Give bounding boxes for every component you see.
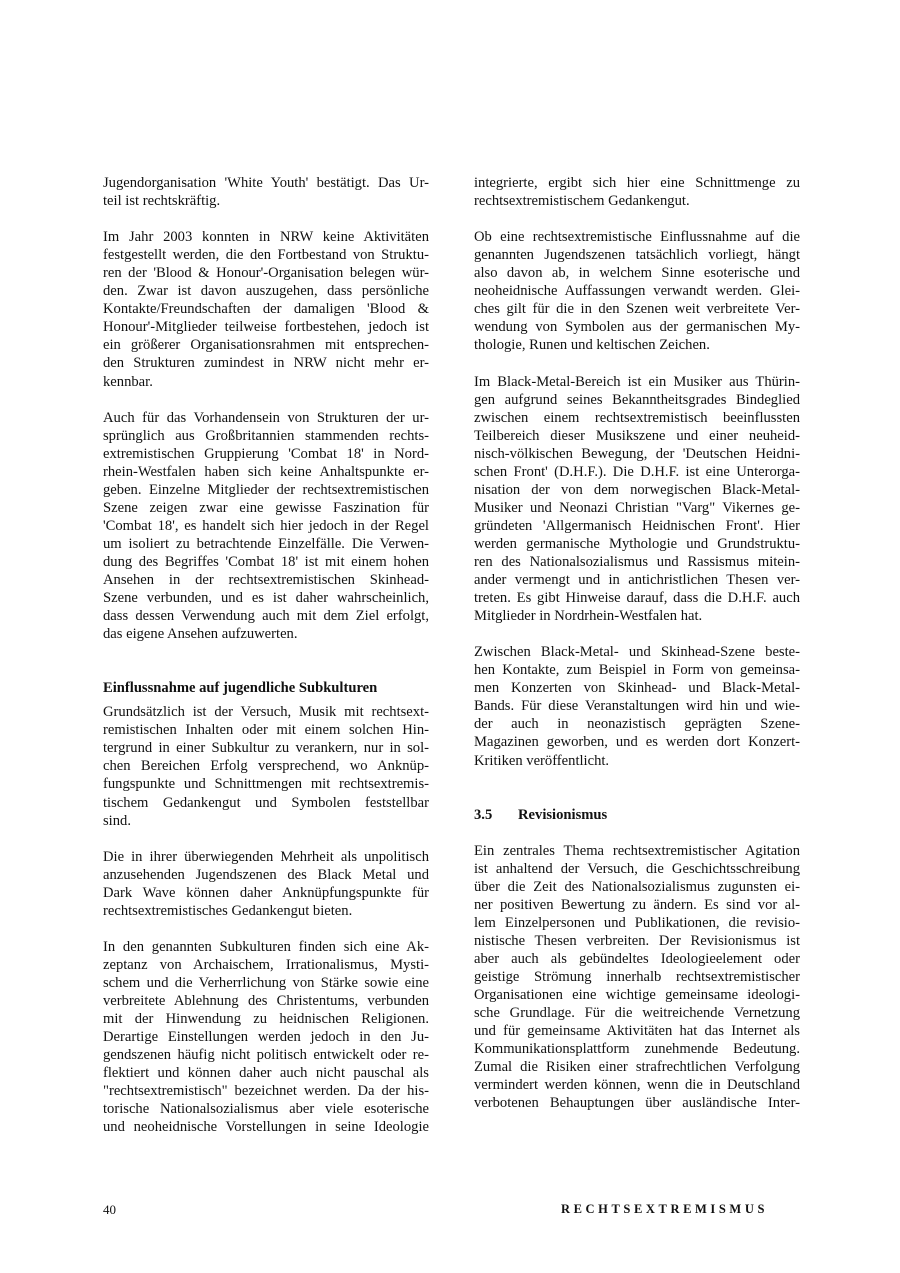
text-line: torische Nationalsozialismus aber viele … [103,1100,429,1118]
text-line: den Strukturen zumindest in NRW nicht me… [103,354,429,372]
text-line: gen aufgrund seines Bekanntheitsgrades B… [474,391,800,409]
paragraph: Ob eine rechtsextremistische Einflussnah… [474,228,800,354]
text-line: Szene verbunden, und es ist daher wahrsc… [103,589,429,607]
text-line: Organisationen eine wichtige gemeinsame … [474,986,800,1004]
text-line: dass dessen Verwendung auch mit dem Ziel… [103,607,429,625]
text-line: Magazinen geworben, und es werden dort K… [474,733,800,751]
text-line: nistische Thesen verbreiten. Der Revisio… [474,932,800,950]
text-line: Honour'-Mitglieder teilweise fortbestehe… [103,318,429,336]
paragraph: In den genannten Subkulturen finden sich… [103,938,429,1137]
paragraph: Auch für das Vorhandensein von Strukture… [103,409,429,644]
text-line: ein größerer Organisationsrahmen mit ent… [103,336,429,354]
subsection-heading: Einflussnahme auf jugendliche Subkulture… [103,679,429,697]
text-line: ist anhaltend der Versuch, die Geschicht… [474,860,800,878]
text-line: extremistischen Gruppierung 'Combat 18' … [103,445,429,463]
text-line: men Konzerten von Skinhead- und Black-Me… [474,679,800,697]
text-line: also davon ab, in welchem Sinne esoteris… [474,264,800,282]
text-line: Musiker und Neonazi Christian "Varg" Vik… [474,499,800,517]
right-column: integrierte, ergibt sich hier eine Schni… [474,174,800,1112]
text-line: Kritiken veröffentlicht. [474,752,800,770]
paragraph: integrierte, ergibt sich hier eine Schni… [474,174,800,210]
text-line: neoheidnische Auffassungen verwandt werd… [474,282,800,300]
text-line: Zwischen Black-Metal- und Skinhead-Szene… [474,643,800,661]
text-line: schen Front' (D.H.F.). Die D.H.F. ist ei… [474,463,800,481]
text-line: wendung von Symbolen aus der germanische… [474,318,800,336]
page-number: 40 [103,1202,116,1218]
text-line: ren des Nationalsozialismus und Rassismu… [474,553,800,571]
text-line: und für gemeinsame Aktivitäten hat das I… [474,1022,800,1040]
text-line: nisch-völkischen Bewegung, der 'Deutsche… [474,445,800,463]
text-line: Ob eine rechtsextremistische Einflussnah… [474,228,800,246]
text-line: das eigene Ansehen aufzuwerten. [103,625,429,643]
text-line: rechtsextremistisches Gedankengut bieten… [103,902,429,920]
text-line: In den genannten Subkulturen finden sich… [103,938,429,956]
document-page: Jugendorganisation 'White Youth' bestäti… [0,0,900,1273]
paragraph: Im Jahr 2003 konnten in NRW keine Aktivi… [103,228,429,390]
text-line: verbreitete Ablehnung des Christentums, … [103,992,429,1010]
text-line: teil ist rechtskräftig. [103,192,429,210]
text-line: Kommunikationsplattform zunehmende Bedeu… [474,1040,800,1058]
text-line: Bands. Für diese Veranstaltungen wird hi… [474,697,800,715]
text-line: integrierte, ergibt sich hier eine Schni… [474,174,800,192]
text-line: "rechtsextremistisch" bezeichnet werden.… [103,1082,429,1100]
text-line: tergrund in einer Subkultur zu verankern… [103,739,429,757]
section-title: Revisionismus [518,807,607,823]
text-line: lem Einzelpersonen und Publikationen, di… [474,914,800,932]
text-line: Ein zentrales Thema rechtsextremistische… [474,842,800,860]
text-line: ches gilt für die in den Szenen weit ver… [474,300,800,318]
text-line: Mitglieder in Nordrhein-Westfalen hat. [474,607,800,625]
text-line: chen Bereichen Erfolg versprechend, wo A… [103,757,429,775]
paragraph: Im Black-Metal-Bereich ist ein Musiker a… [474,373,800,626]
text-line: geistige Strömung innerhalb rechtsextrem… [474,968,800,986]
text-line: vermindert werden können, wenn die in De… [474,1076,800,1094]
paragraph: Zwischen Black-Metal- und Skinhead-Szene… [474,643,800,769]
text-line: Zumal die Risiken einer strafrechtlichen… [474,1058,800,1076]
text-line: flektiert und können daher auch nicht pa… [103,1064,429,1082]
text-line: hen Kontakte, zum Beispiel in Form von g… [474,661,800,679]
paragraph: Jugendorganisation 'White Youth' bestäti… [103,174,429,210]
text-line: ner positiven Bewertung zu ändern. Es si… [474,896,800,914]
text-line: sprünglich aus Großbritannien stammenden… [103,427,429,445]
text-line: thologie, Runen und keltischen Zeichen. [474,336,800,354]
running-title: RECHTSEXTREMISMUS [561,1202,768,1217]
text-line: gründeten 'Allgermanisch Heidnischen Fro… [474,517,800,535]
text-line: Derartige Einstellungen werden jedoch in… [103,1028,429,1046]
text-line: Szene zeigen zwar eine gewisse Faszinati… [103,499,429,517]
text-line: treten. Es gibt Hinweise darauf, dass di… [474,589,800,607]
text-line: Grundsätzlich ist der Versuch, Musik mit… [103,703,429,721]
text-line: Auch für das Vorhandensein von Strukture… [103,409,429,427]
text-line: 'Combat 18', es handelt sich hier jedoch… [103,517,429,535]
text-line: Kontakte/Freundschaften der damaligen 'B… [103,300,429,318]
text-line: remistischen Inhalten oder mit einem sol… [103,721,429,739]
text-line: zeptanz von Archaischem, Irrationalismus… [103,956,429,974]
text-line: den. Zwar ist davon auszugehen, dass per… [103,282,429,300]
left-column: Jugendorganisation 'White Youth' bestäti… [103,174,429,1136]
text-line: Im Black-Metal-Bereich ist ein Musiker a… [474,373,800,391]
text-line: schem und die Verherrlichung von Stärke … [103,974,429,992]
text-line: Im Jahr 2003 konnten in NRW keine Aktivi… [103,228,429,246]
text-line: ren der 'Blood & Honour'-Organisation be… [103,264,429,282]
text-line: rhein-Westfalen haben sich keine Anhalts… [103,463,429,481]
text-line: kennbar. [103,373,429,391]
text-line: Die in ihrer überwiegenden Mehrheit als … [103,848,429,866]
text-line: dung des Begriffes 'Combat 18' ist mit e… [103,553,429,571]
text-line: rechtsextremistischem Gedankengut. [474,192,800,210]
text-line: werden germanische Mythologie und Grunds… [474,535,800,553]
section-number: 3.5 [474,806,518,824]
text-line: um isoliert zu betrachtende Einzelfälle.… [103,535,429,553]
text-line: sche Grundlage. Für die weitreichende Ve… [474,1004,800,1022]
text-line: tischem Gedankengut und Symbolen festste… [103,794,429,812]
paragraph: Ein zentrales Thema rechtsextremistische… [474,842,800,1113]
text-line: verbotenen Behauptungen über ausländisch… [474,1094,800,1112]
text-line: zwischen einem rechtsextremistisch beein… [474,409,800,427]
section-heading: 3.5Revisionismus [474,806,800,824]
text-line: anzusehenden Jugendszenen des Black Meta… [103,866,429,884]
text-line: geben. Einzelne Mitglieder der rechtsext… [103,481,429,499]
text-line: gendszenen häufig nicht politisch entwic… [103,1046,429,1064]
text-line: Teilbereich dieser Musikszene und einer … [474,427,800,445]
text-line: genannten Jugendszenen tatsächlich vorli… [474,246,800,264]
text-line: und neoheidnische Vorstellungen in seine… [103,1118,429,1136]
text-line: Jugendorganisation 'White Youth' bestäti… [103,174,429,192]
text-line: fungspunkte und Schnittmengen mit rechts… [103,775,429,793]
text-line: mit der Hinwendung zu heidnischen Religi… [103,1010,429,1028]
text-line: nisation der von dem norwegischen Black-… [474,481,800,499]
text-line: Ansehen in der rechtsextremistischen Ski… [103,571,429,589]
text-line: Dark Wave können daher Anknüpfungspunkte… [103,884,429,902]
paragraph: Grundsätzlich ist der Versuch, Musik mit… [103,703,429,829]
text-line: festgestellt werden, die den Fortbestand… [103,246,429,264]
text-line: aber auch als gebündeltes Ideologieeleme… [474,950,800,968]
text-line: ander vermengt und in antichristlichen T… [474,571,800,589]
text-line: der auch in neonazistisch geprägten Szen… [474,715,800,733]
paragraph: Die in ihrer überwiegenden Mehrheit als … [103,848,429,920]
text-line: sind. [103,812,429,830]
text-line: über die Zeit des Nationalsozialismus zu… [474,878,800,896]
